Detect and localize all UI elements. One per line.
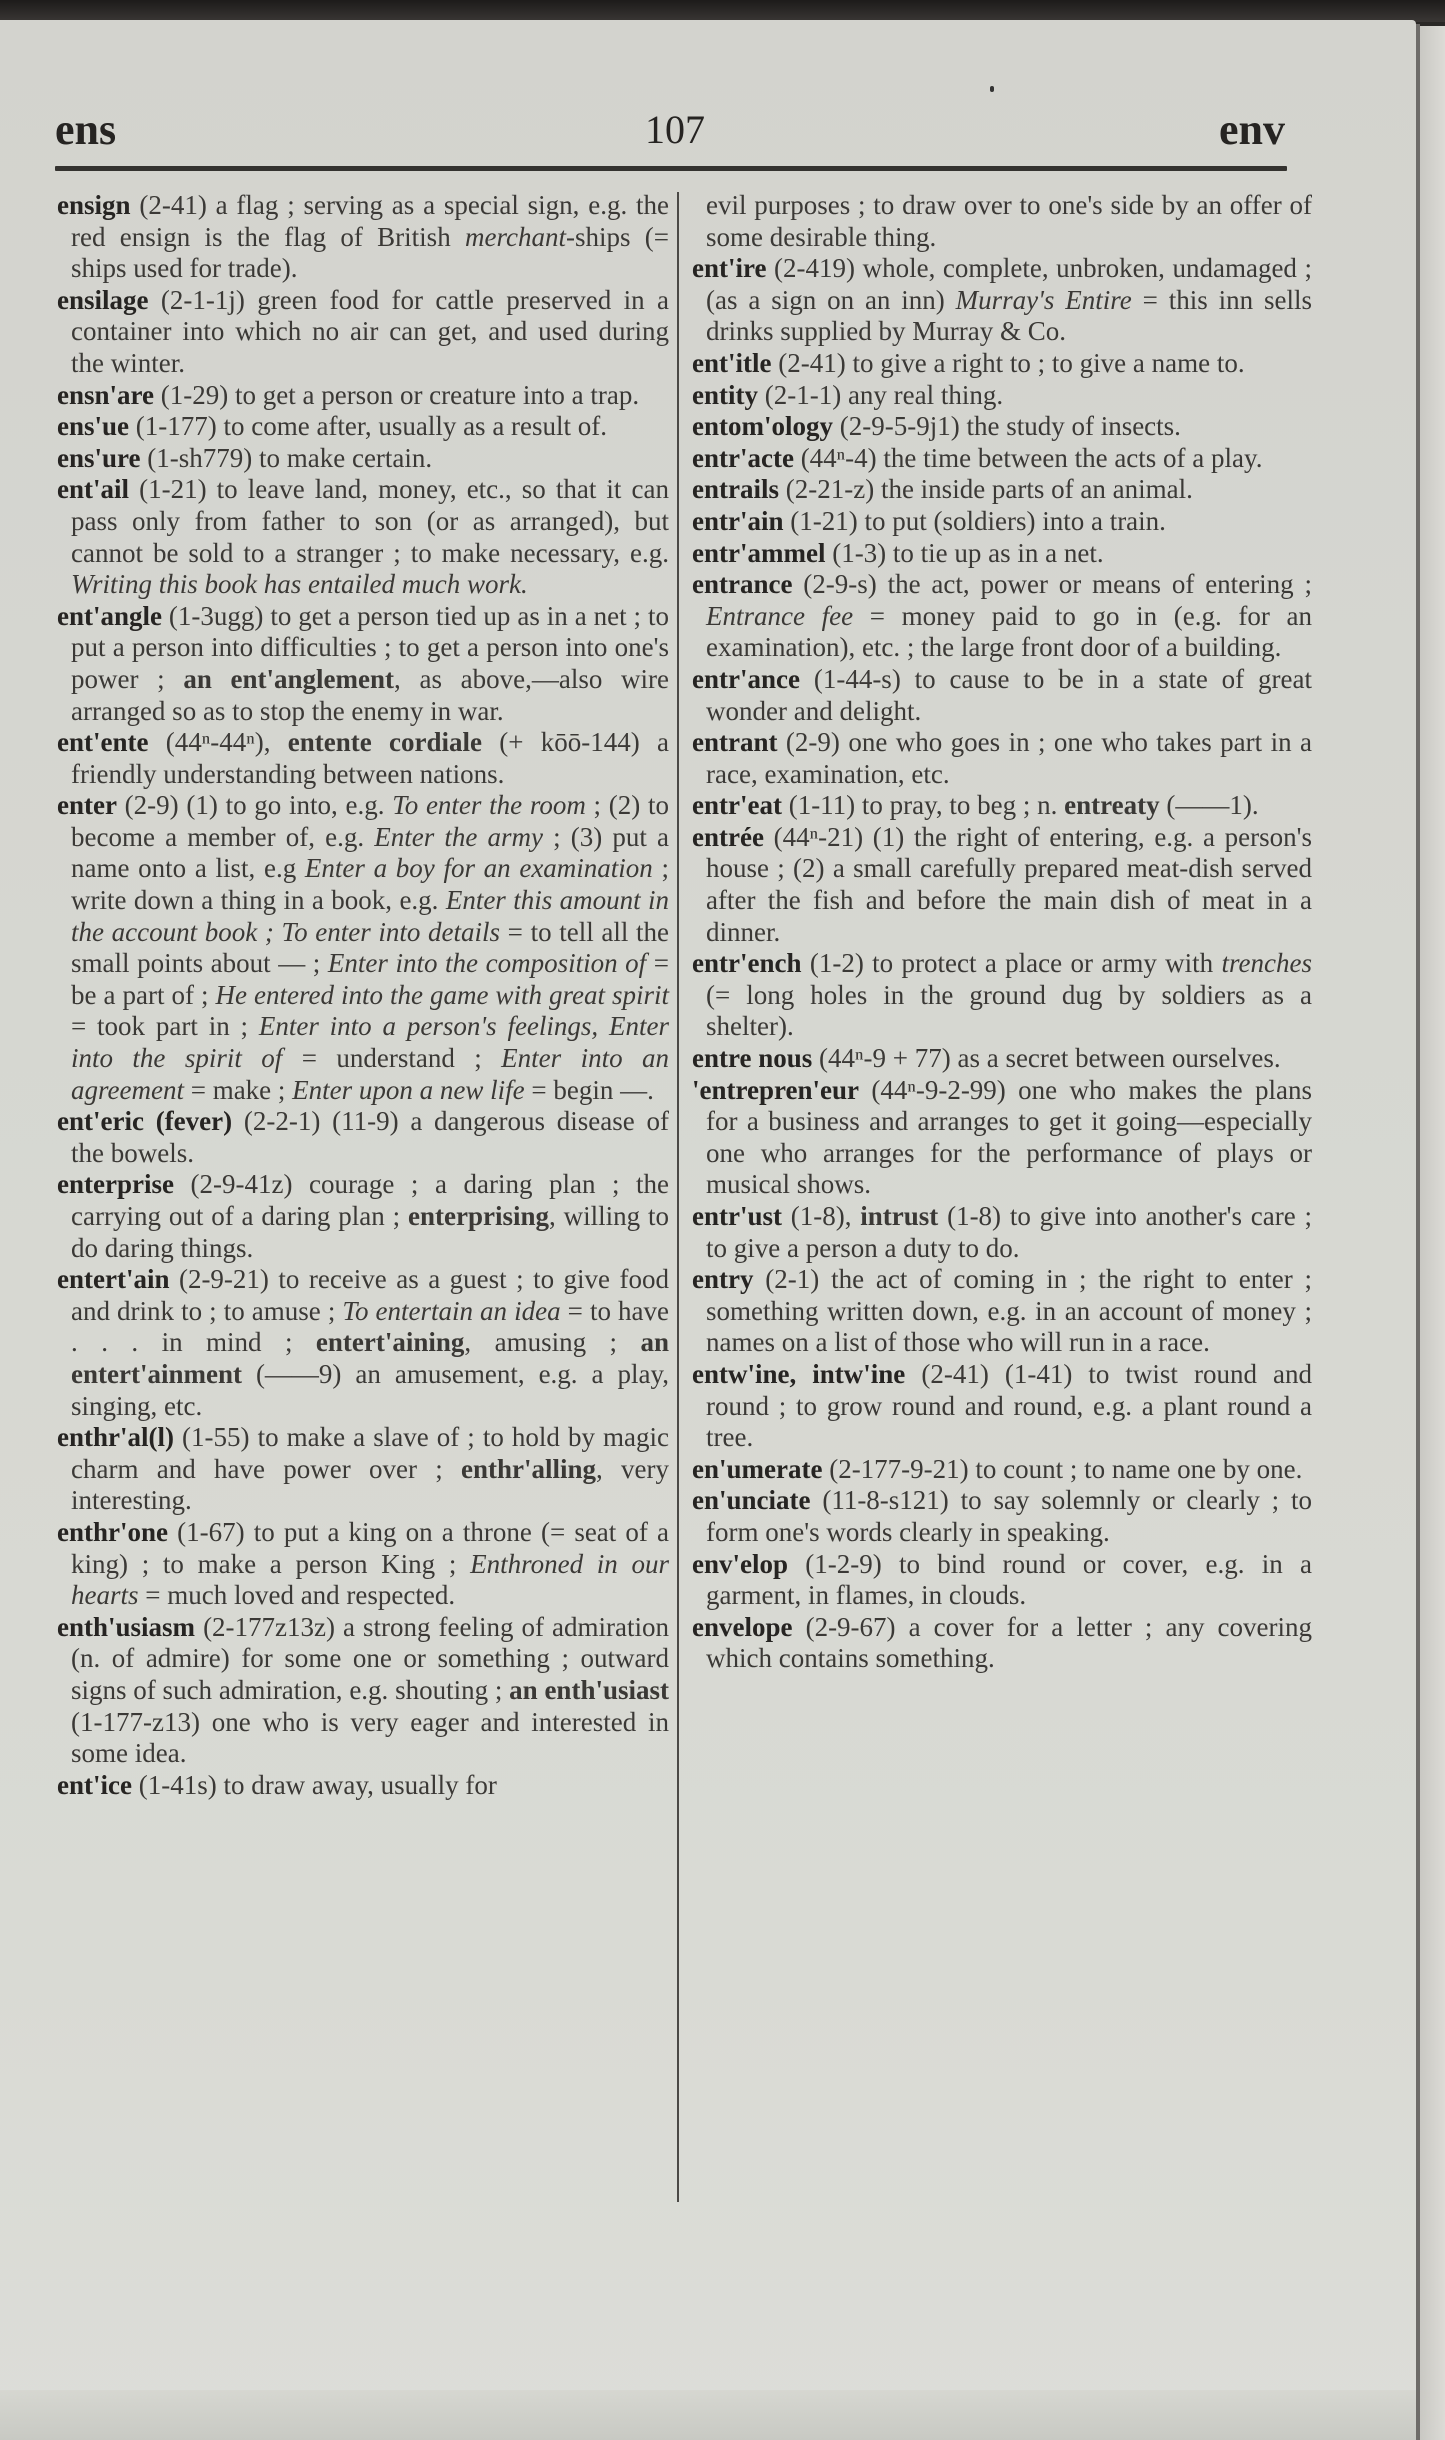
dictionary-entry: entom'ology (2-9-5-9j1) the study of ins… (692, 411, 1312, 443)
entry-definition: (1-177-z13) one who is very eager and in… (71, 1707, 669, 1769)
entry-example: Enter upon a new life (292, 1075, 524, 1105)
entry-headword: 'entrepren'eur (692, 1075, 859, 1105)
entry-example: Enter into the composition of (328, 948, 646, 978)
dictionary-entry: enthr'one (1-67) to put a king on a thro… (57, 1517, 669, 1612)
entry-definition: (1-21) to leave land, money, etc., so th… (71, 474, 669, 567)
dictionary-entry: entr'ain (1-21) to put (soldiers) into a… (692, 506, 1312, 538)
dictionary-entry: entr'ammel (1-3) to tie up as in a net. (692, 538, 1312, 570)
entry-headword: envelope (692, 1612, 793, 1642)
entry-example: Entrance fee (706, 601, 853, 631)
entry-headword: entre nous (692, 1043, 812, 1073)
dictionary-entry: entre nous (44ⁿ-9 + 77) as a secret betw… (692, 1043, 1312, 1075)
entry-headword: entrance (692, 569, 792, 599)
dictionary-entry: ent'ice (1-41s) to draw away, usually fo… (57, 1770, 669, 1802)
entry-headword: enthr'al(l) (57, 1422, 174, 1452)
entry-example: merchant (465, 222, 566, 252)
entry-headword: enterprise (57, 1169, 174, 1199)
entry-definition: = make ; (184, 1075, 292, 1105)
entry-headword: ent'itle (692, 348, 771, 378)
entry-headword: enth'usiasm (57, 1612, 195, 1642)
entry-headword: en'unciate (692, 1485, 811, 1515)
entry-example: Murray's Entire (956, 285, 1132, 315)
entry-definition: (44ⁿ-9 + 77) as a secret between ourselv… (812, 1043, 1280, 1073)
entry-definition: (1-3) to tie up as in a net. (825, 538, 1103, 568)
dictionary-entry: enthr'al(l) (1-55) to make a slave of ; … (57, 1422, 669, 1517)
dictionary-entry: 'entrepren'eur (44ⁿ-9-2-99) one who make… (692, 1075, 1312, 1201)
dictionary-entry: entr'ance (1-44-s) to cause to be in a s… (692, 664, 1312, 727)
dictionary-entry: ens'ure (1-sh779) to make certain. (57, 443, 669, 475)
dictionary-entry: entrance (2-9-s) the act, power or means… (692, 569, 1312, 664)
dictionary-entry: env'elop (1-2-9) to bind round or cover,… (692, 1549, 1312, 1612)
entry-definition: = understand ; (282, 1043, 501, 1073)
page-bottom-shade (0, 2390, 1416, 2440)
entry-headword: entr'ain (692, 506, 784, 536)
dictionary-entry: ent'ail (1-21) to leave land, money, etc… (57, 474, 669, 600)
dictionary-entry: entr'ench (1-2) to protect a place or ar… (692, 948, 1312, 1043)
entry-headword: ens'ue (57, 411, 129, 441)
entry-definition: (1-41s) to draw away, usually for (132, 1770, 497, 1800)
entry-headword: entw'ine, intw'ine (692, 1359, 905, 1389)
entry-definition: (2-9-5-9j1) the study of insects. (833, 411, 1181, 441)
dictionary-entry: ensign (2-41) a flag ; serving as a spec… (57, 190, 669, 285)
entry-headword: ent'eric (fever) (57, 1106, 232, 1136)
next-page-edge (1420, 26, 1445, 2440)
entry-headword: entr'eat (692, 790, 782, 820)
entry-definition: (2-1-1j) green food for cattle preserved… (71, 285, 669, 378)
entry-definition: (1-2-9) to bind round or cover, e.g. in … (706, 1549, 1312, 1611)
entry-definition: (2-1) the act of coming in ; the right t… (706, 1264, 1312, 1357)
guide-word-left: ens (55, 100, 116, 160)
entry-example: To entertain an idea (342, 1296, 560, 1326)
entry-headword: ent'ice (57, 1770, 132, 1800)
entry-headword: entity (692, 380, 758, 410)
right-column: evil purposes ; to draw over to one's si… (692, 190, 1312, 1675)
entry-headword: entrails (692, 474, 779, 504)
entry-example: Enter a boy for an examination (305, 853, 653, 883)
entry-definition: (2-21-z) the inside parts of an animal. (779, 474, 1193, 504)
print-speck (990, 86, 994, 92)
entry-headword: entert'ain (57, 1264, 169, 1294)
entry-headword: ent'ail (57, 474, 129, 504)
dictionary-entry: ent'eric (fever) (2-2-1) (11-9) a danger… (57, 1106, 669, 1169)
entry-headword: entr'ammel (692, 538, 825, 568)
entry-derived-word: an ent'anglement (183, 664, 394, 694)
entry-headword: ent'ente (57, 727, 148, 757)
dictionary-entry: evil purposes ; to draw over to one's si… (692, 190, 1312, 253)
entry-headword: entrée (692, 822, 764, 852)
entry-definition: (1-2) to protect a place or army with (801, 948, 1221, 978)
dictionary-entry: entrant (2-9) one who goes in ; one who … (692, 727, 1312, 790)
entry-definition: (= long holes in the ground dug by soldi… (706, 980, 1312, 1042)
entry-definition: = begin —. (525, 1075, 654, 1105)
entry-headword: ensn'are (57, 380, 154, 410)
page-header: ens 107 env (55, 100, 1285, 160)
dictionary-entry: entw'ine, intw'ine (2-41) (1-41) to twis… (692, 1359, 1312, 1454)
entry-derived-word: entert'aining (316, 1327, 465, 1357)
dictionary-entry: en'unciate (11-8-s121) to say solemnly o… (692, 1485, 1312, 1548)
entry-example: To enter the room (392, 790, 586, 820)
entry-definition: (2-9-67) a cover for a letter ; any cove… (706, 1612, 1312, 1674)
dictionary-entry: ent'ente (44ⁿ-44ⁿ), entente cordiale (+ … (57, 727, 669, 790)
entry-example: He entered into the game with great spir… (216, 980, 670, 1010)
dictionary-entry: enterprise (2-9-41z) courage ; a daring … (57, 1169, 669, 1264)
dictionary-entry: entr'eat (1-11) to pray, to beg ; n. ent… (692, 790, 1312, 822)
dictionary-entry: envelope (2-9-67) a cover for a letter ;… (692, 1612, 1312, 1675)
entry-headword: entry (692, 1264, 753, 1294)
entry-derived-word: intrust (860, 1201, 938, 1231)
entry-definition: (2-177-9-21) to count ; to name one by o… (822, 1454, 1302, 1484)
dictionary-entry: enter (2-9) (1) to go into, e.g. To ente… (57, 790, 669, 1106)
dark-background-strip (0, 0, 1445, 22)
entry-headword: enthr'one (57, 1517, 168, 1547)
guide-word-right: env (1219, 100, 1285, 160)
entry-headword: en'umerate (692, 1454, 822, 1484)
dictionary-entry: entr'acte (44ⁿ-4) the time between the a… (692, 443, 1312, 475)
entry-definition: (1-sh779) to make certain. (141, 443, 433, 473)
entry-definition: (2-9-s) the act, power or means of enter… (792, 569, 1312, 599)
dictionary-entry: ent'itle (2-41) to give a right to ; to … (692, 348, 1312, 380)
entry-derived-word: enthr'alling (461, 1454, 596, 1484)
dictionary-entry: entry (2-1) the act of coming in ; the r… (692, 1264, 1312, 1359)
entry-example: Writing this book has entailed much work… (71, 569, 528, 599)
dictionary-entry: ent'ire (2-419) whole, complete, unbroke… (692, 253, 1312, 348)
page-number: 107 (645, 100, 705, 160)
dictionary-entry: enth'usiasm (2-177z13z) a strong feeling… (57, 1612, 669, 1770)
column-divider (677, 192, 679, 2202)
entry-definition: (1-29) to get a person or creature into … (154, 380, 639, 410)
entry-headword: entr'ust (692, 1201, 782, 1231)
entry-derived-word: entente cordiale (288, 727, 482, 757)
entry-headword: ent'ire (692, 253, 766, 283)
entry-definition: (2-1-1) any real thing. (758, 380, 1003, 410)
left-column: ensign (2-41) a flag ; serving as a spec… (57, 190, 669, 1801)
entry-definition: (44ⁿ-44ⁿ), (148, 727, 287, 757)
entry-headword: entr'ench (692, 948, 801, 978)
entry-definition: (1-8), (782, 1201, 860, 1231)
entry-definition: (1-177) to come after, usually as a resu… (129, 411, 607, 441)
entry-headword: enter (57, 790, 117, 820)
entry-headword: ens'ure (57, 443, 141, 473)
entry-definition: = took part in ; (71, 1011, 259, 1041)
entry-example: Enter the army (374, 822, 543, 852)
entry-derived-word: an enth'usiast (509, 1675, 669, 1705)
entry-derived-word: entreaty (1064, 790, 1159, 820)
dictionary-entry: entr'ust (1-8), intrust (1-8) to give in… (692, 1201, 1312, 1264)
entry-definition: (1-11) to pray, to beg ; n. (782, 790, 1064, 820)
entry-derived-word: enterprising (408, 1201, 549, 1231)
dictionary-entry: ens'ue (1-177) to come after, usually as… (57, 411, 669, 443)
entry-headword: entr'acte (692, 443, 794, 473)
entry-headword: entr'ance (692, 664, 800, 694)
dictionary-entry: en'umerate (2-177-9-21) to count ; to na… (692, 1454, 1312, 1486)
entry-example: trenches (1222, 948, 1312, 978)
entry-definition: (44ⁿ-4) the time between the acts of a p… (794, 443, 1263, 473)
entry-headword: env'elop (692, 1549, 788, 1579)
entry-definition: (2-9) one who goes in ; one who takes pa… (706, 727, 1312, 789)
dictionary-entry: entrée (44ⁿ-21) (1) the right of enterin… (692, 822, 1312, 948)
dictionary-entry: entrails (2-21-z) the inside parts of an… (692, 474, 1312, 506)
header-rule (55, 166, 1287, 171)
dictionary-entry: ensn'are (1-29) to get a person or creat… (57, 380, 669, 412)
entry-headword: entom'ology (692, 411, 833, 441)
entry-headword: ensilage (57, 285, 149, 315)
entry-definition: (44ⁿ-21) (1) the right of entering, e.g.… (706, 822, 1312, 947)
entry-definition: (2-41) to give a right to ; to give a na… (771, 348, 1244, 378)
entry-definition: = much loved and respected. (139, 1580, 456, 1610)
dictionary-entry: ensilage (2-1-1j) green food for cattle … (57, 285, 669, 380)
entry-definition: , amusing ; (464, 1327, 640, 1357)
dictionary-entry: entert'ain (2-9-21) to receive as a gues… (57, 1264, 669, 1422)
entry-definition: (1-21) to put (soldiers) into a train. (784, 506, 1166, 536)
entry-headword: ensign (57, 190, 131, 220)
entry-headword: entrant (692, 727, 777, 757)
dictionary-entry: ent'angle (1-3ugg) to get a person tied … (57, 601, 669, 727)
dictionary-entry: entity (2-1-1) any real thing. (692, 380, 1312, 412)
entry-definition: (——1). (1160, 790, 1259, 820)
entry-headword: ent'angle (57, 601, 162, 631)
entry-definition: evil purposes ; to draw over to one's si… (706, 190, 1312, 252)
entry-definition: (2-9) (1) to go into, e.g. (117, 790, 392, 820)
